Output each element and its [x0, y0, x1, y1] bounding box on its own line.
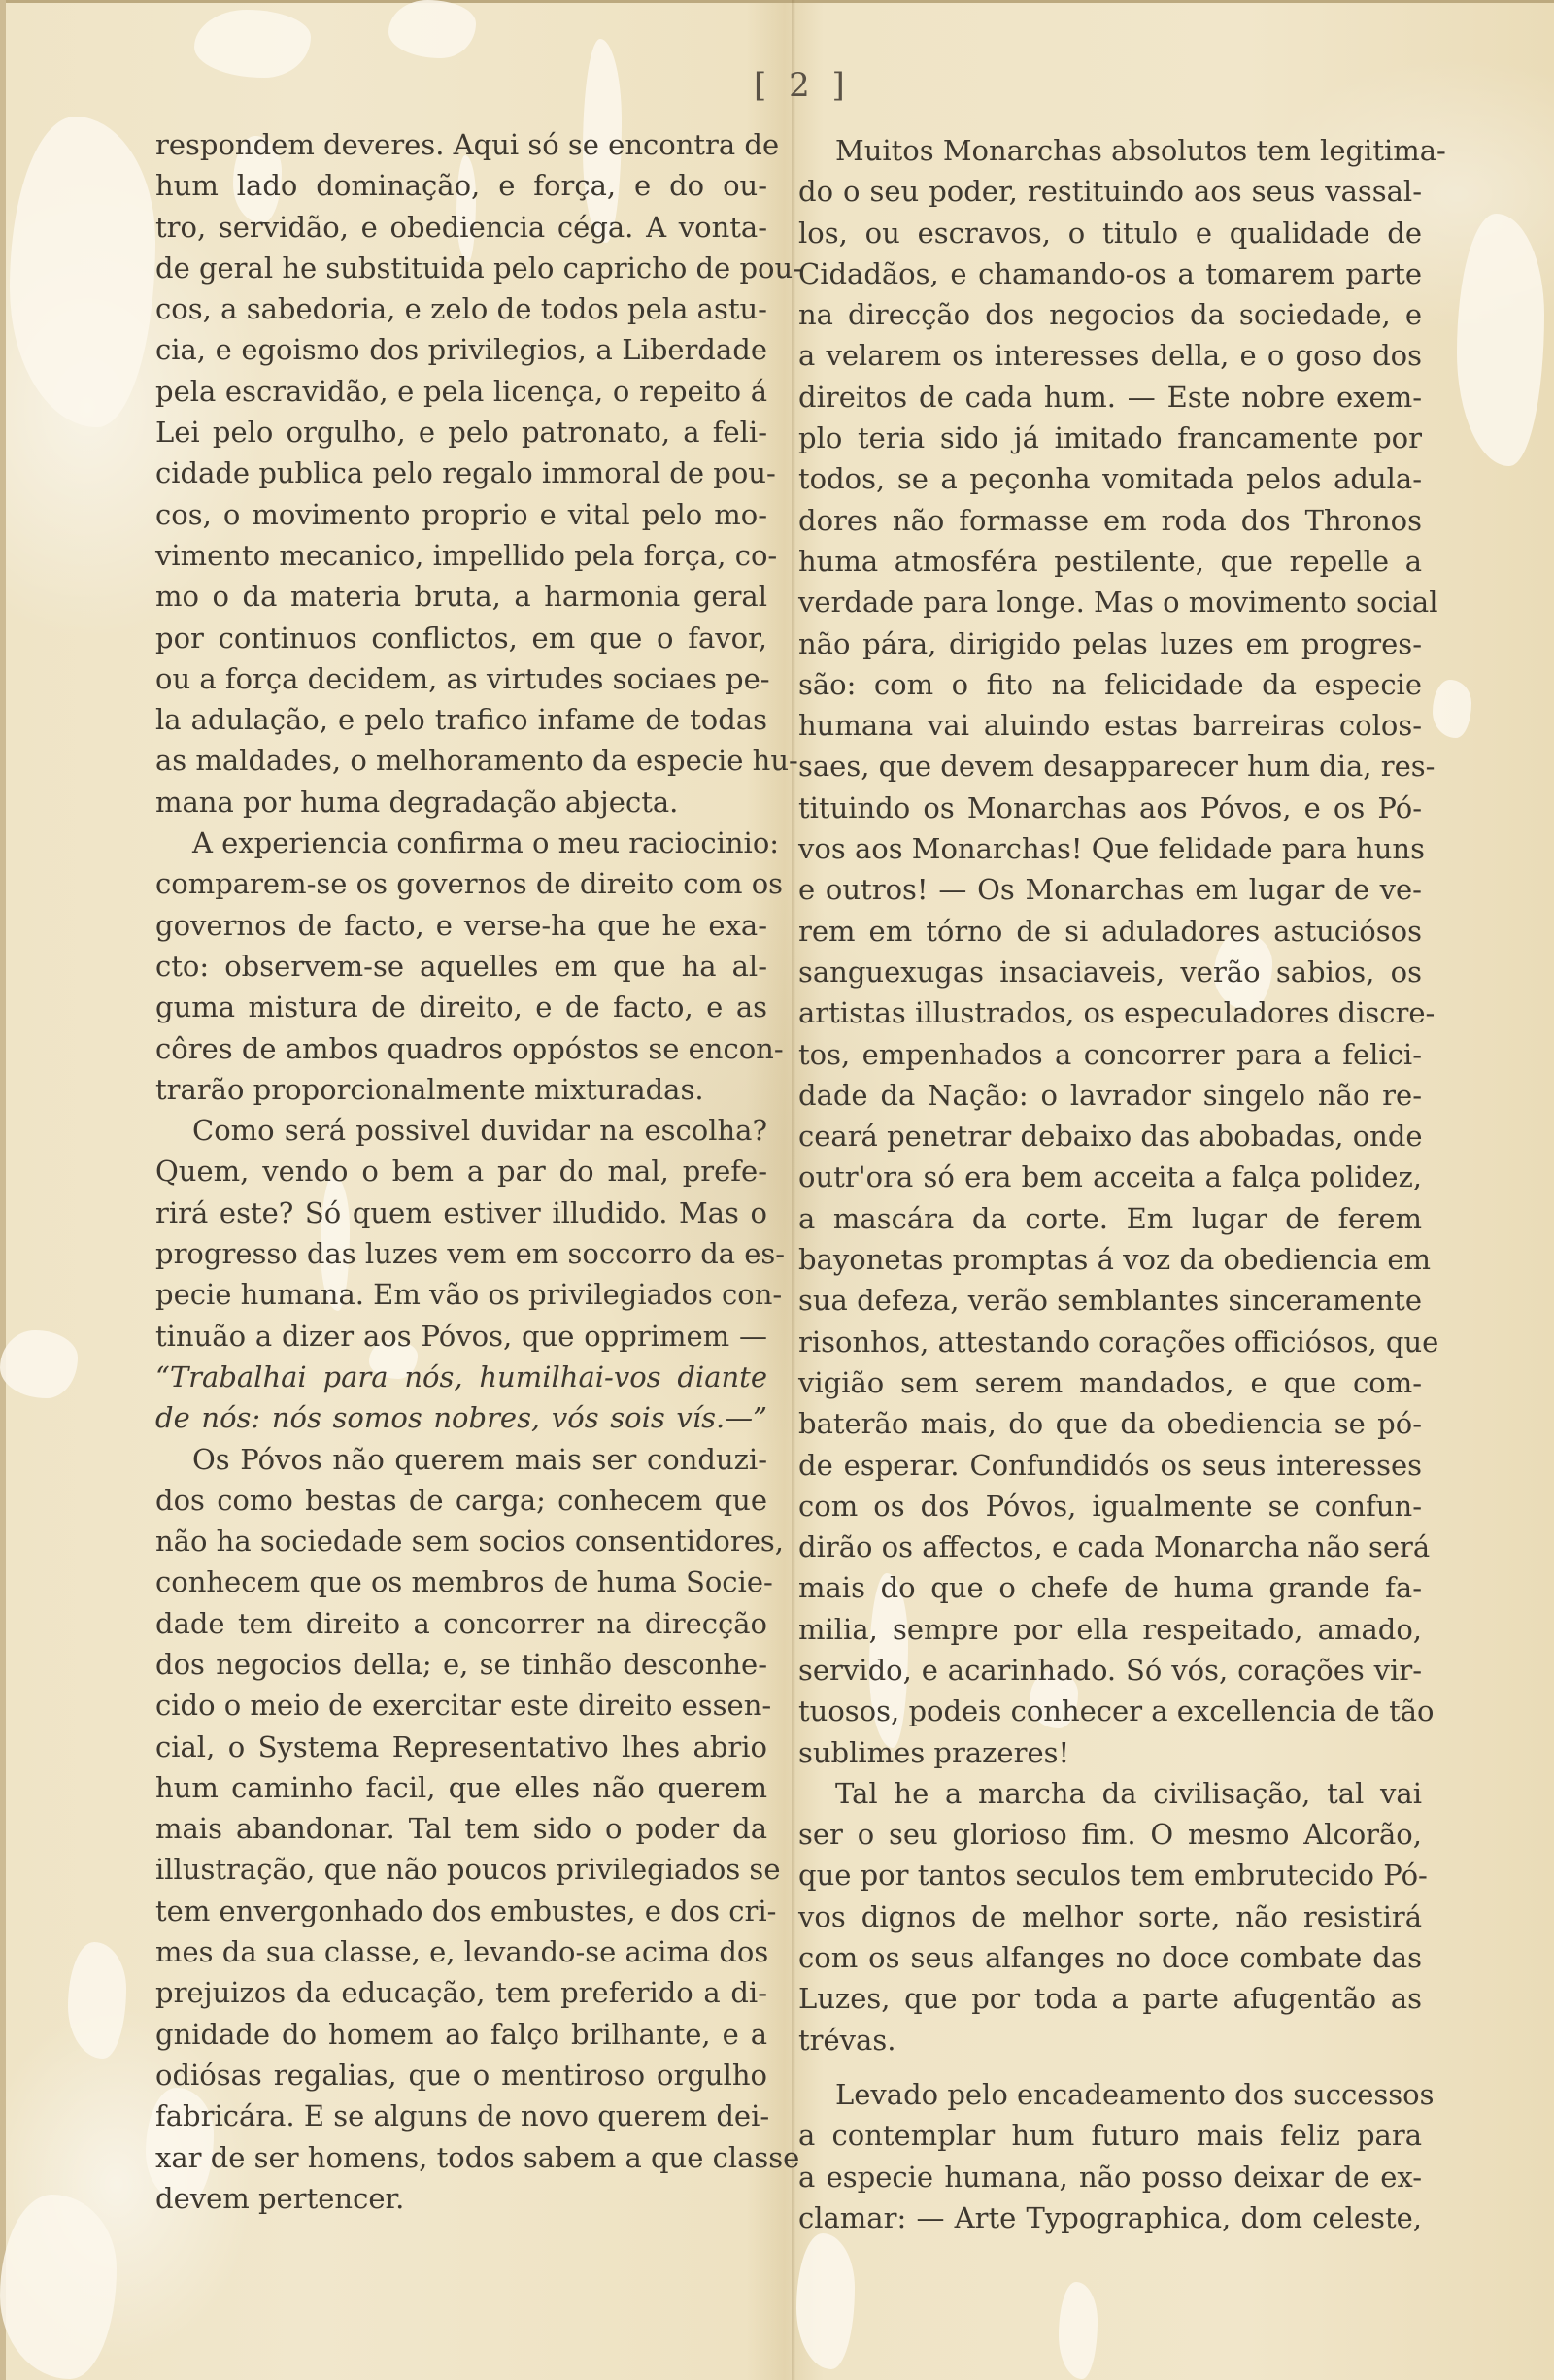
text-line: Cidadãos, e chamando-os a tomarem parte: [798, 253, 1422, 294]
text-line: Luzes, que por toda a parte afugentão as: [798, 1978, 1422, 2019]
text-line: sublimes prazeres!: [798, 1732, 1422, 1773]
text-line: a especie humana, não posso deixar de ex…: [798, 2157, 1422, 2197]
text-line: odiósas regalias, que o mentiroso orgulh…: [155, 2055, 767, 2095]
paper-damage-spot: [1059, 2282, 1098, 2379]
text-line: tuosos, podeis conhecer a excellencia de…: [798, 1691, 1422, 1731]
text-line: illustração, que não poucos privilegiado…: [155, 1849, 767, 1890]
text-line: ser o seu glorioso fim. O mesmo Alcorão,: [798, 1814, 1422, 1855]
text-line: todos, se a peçonha vomitada pelos adula…: [798, 458, 1422, 499]
text-line: cos, o movimento proprio e vital pelo mo…: [155, 494, 767, 535]
text-line: dade tem direito a concorrer na direcção: [155, 1603, 767, 1644]
text-line: que por tantos seculos tem embrutecido P…: [798, 1855, 1422, 1895]
text-line: comparem-se os governos de direito com o…: [155, 863, 767, 904]
text-line: pela escravidão, e pela licença, o repei…: [155, 371, 767, 412]
text-line: artistas illustrados, os especuladores d…: [798, 992, 1422, 1033]
page-left-edge: [0, 0, 6, 2380]
text-line: direitos de cada hum. — Este nobre exem-: [798, 377, 1422, 418]
text-line: bayonetas promptas á voz da obediencia e…: [798, 1239, 1422, 1280]
text-line: tem envergonhado dos embustes, e dos cri…: [155, 1891, 767, 1931]
text-line: trarão proporcionalmente mixturadas.: [155, 1069, 767, 1110]
text-line: humana vai aluindo estas barreiras colos…: [798, 705, 1422, 746]
paper-damage-spot: [0, 2195, 117, 2379]
text-line: xar de ser homens, todos sabem a que cla…: [155, 2137, 767, 2178]
text-line: pecie humana. Em vão os privilegiados co…: [155, 1274, 767, 1315]
text-line: com os seus alfanges no doce combate das: [798, 1937, 1422, 1978]
paper-damage-spot: [0, 1330, 78, 1398]
text-line: conhecem que os membros de huma Socie-: [155, 1561, 767, 1602]
text-line: mes da sua classe, e, levando-se acima d…: [155, 1931, 767, 1972]
right-text-column: Muitos Monarchas absolutos tem legitima-…: [798, 130, 1422, 2238]
text-line: tro, servidão, e obediencia céga. A vont…: [155, 207, 767, 248]
text-line: sua defeza, verão semblantes sincerament…: [798, 1280, 1422, 1321]
text-line: plo teria sido já imitado francamente po…: [798, 418, 1422, 458]
text-line: Levado pelo encadeamento dos successos: [798, 2074, 1422, 2115]
text-line: baterão mais, do que da obediencia se pó…: [798, 1403, 1422, 1444]
text-line: los, ou escravos, o titulo e qualidade d…: [798, 213, 1422, 253]
text-line: saes, que devem desapparecer hum dia, re…: [798, 746, 1422, 787]
text-line: cido o meio de exercitar este direito es…: [155, 1685, 767, 1726]
text-line: na direcção dos negocios da sociedade, e: [798, 294, 1422, 335]
text-line: Muitos Monarchas absolutos tem legitima-: [798, 130, 1422, 171]
text-line: tituindo os Monarchas aos Póvos, e os Pó…: [798, 788, 1422, 828]
text-line: respondem deveres. Aqui só se encontra d…: [155, 124, 767, 165]
text-line: risonhos, attestando corações officiósos…: [798, 1322, 1422, 1362]
paper-damage-spot: [68, 1942, 126, 2059]
text-line: servido, e acarinhado. Só vós, corações …: [798, 1650, 1422, 1691]
paper-damage-spot: [796, 2233, 855, 2369]
text-line: clamar: — Arte Typographica, dom celeste…: [798, 2197, 1422, 2238]
text-line: dos como bestas de carga; conhecem que: [155, 1480, 767, 1521]
paper-damage-spot: [1433, 680, 1471, 738]
text-line: de esperar. Confundidós os seus interess…: [798, 1445, 1422, 1486]
text-line: vigião sem serem mandados, e que com-: [798, 1362, 1422, 1403]
text-line: de nós: nós somos nobres, vós sois vís.—…: [155, 1397, 767, 1438]
paper-damage-spot: [388, 0, 476, 58]
page-number: [ 2 ]: [754, 66, 851, 105]
text-line: a velarem os interesses della, e o goso …: [798, 335, 1422, 376]
text-line: “Trabalhai para nós, humilhai-vos diante: [155, 1357, 767, 1397]
text-line: A experiencia confirma o meu raciocinio:: [155, 822, 767, 863]
text-line: não pára, dirigido pelas luzes em progre…: [798, 623, 1422, 664]
text-line: guma mistura de direito, e de facto, e a…: [155, 987, 767, 1027]
text-line: mais do que o chefe de huma grande fa-: [798, 1567, 1422, 1608]
text-line: com os dos Póvos, igualmente se confun-: [798, 1486, 1422, 1526]
center-fold-crease: [792, 0, 795, 2380]
text-line: trévas.: [798, 2020, 1422, 2061]
text-line: ceará penetrar debaixo das abobadas, ond…: [798, 1116, 1422, 1156]
text-line: sanguexugas insaciaveis, verão sabios, o…: [798, 952, 1422, 992]
text-line: huma atmosféra pestilente, que repelle a: [798, 541, 1422, 582]
text-line: dores não formasse em roda dos Thronos: [798, 500, 1422, 541]
text-line: rem em tórno de si aduladores astuciósos: [798, 911, 1422, 952]
text-line: côres de ambos quadros oppóstos se encon…: [155, 1028, 767, 1069]
text-line: progresso das luzes vem em soccorro da e…: [155, 1233, 767, 1274]
text-line: são: com o fito na felicidade da especie: [798, 664, 1422, 705]
text-line: e outros! — Os Monarchas em lugar de ve-: [798, 869, 1422, 910]
text-line: hum caminho facil, que elles não querem: [155, 1767, 767, 1808]
text-line: vimento mecanico, impellido pela força, …: [155, 535, 767, 576]
text-line: rirá este? Só quem estiver illudido. Mas…: [155, 1192, 767, 1233]
text-line: vos dignos de melhor sorte, não resistir…: [798, 1896, 1422, 1937]
text-line: hum lado dominação, e força, e do ou-: [155, 165, 767, 206]
text-line: ou a força decidem, as virtudes sociaes …: [155, 658, 767, 699]
text-line: de geral he substituida pelo capricho de…: [155, 248, 767, 288]
text-line: gnidade do homem ao falço brilhante, e a: [155, 2014, 767, 2055]
text-line: verdade para longe. Mas o movimento soci…: [798, 582, 1422, 622]
text-line: cto: observem-se aquelles em que ha al-: [155, 946, 767, 987]
text-line: cos, a sabedoria, e zelo de todos pela a…: [155, 288, 767, 329]
text-line: por continuos conflictos, em que o favor…: [155, 618, 767, 658]
text-line: la adulação, e pelo trafico infame de to…: [155, 699, 767, 740]
text-line: cia, e egoismo dos privilegios, a Liberd…: [155, 329, 767, 370]
text-line: devem pertencer.: [155, 2178, 767, 2219]
left-text-column: respondem deveres. Aqui só se encontra d…: [155, 124, 767, 2219]
text-line: Tal he a marcha da civilisação, tal vai: [798, 1773, 1422, 1814]
text-line: mo o da materia bruta, a harmonia geral: [155, 576, 767, 617]
text-line: governos de facto, e verse-ha que he exa…: [155, 905, 767, 946]
text-line: Como será possivel duvidar na escolha?: [155, 1110, 767, 1151]
text-line: a mascára da corte. Em lugar de ferem: [798, 1198, 1422, 1239]
text-line: não ha sociedade sem socios consentidore…: [155, 1521, 767, 1561]
paper-damage-spot: [194, 10, 311, 78]
text-line: cidade publica pelo regalo immoral de po…: [155, 453, 767, 493]
paper-damage-spot: [10, 117, 155, 427]
text-line: dade da Nação: o lavrador singelo não re…: [798, 1075, 1422, 1116]
paper-damage-spot: [1457, 214, 1544, 466]
page-top-edge: [0, 0, 1554, 3]
text-line: cial, o Systema Representativo lhes abri…: [155, 1726, 767, 1767]
text-line: vos aos Monarchas! Que felidade para hun…: [798, 828, 1422, 869]
text-line: tinuão a dizer aos Póvos, que opprimem —: [155, 1316, 767, 1357]
text-line: prejuizos da educação, tem preferido a d…: [155, 1972, 767, 2013]
text-line: mana por huma degradação abjecta.: [155, 782, 767, 822]
text-line: dos negocios della; e, se tinhão desconh…: [155, 1644, 767, 1685]
text-line: Lei pelo orgulho, e pelo patronato, a fe…: [155, 412, 767, 453]
text-line: as maldades, o melhoramento da especie h…: [155, 740, 767, 781]
text-line: do o seu poder, restituindo aos seus vas…: [798, 171, 1422, 212]
text-line: milia, sempre por ella respeitado, amado…: [798, 1609, 1422, 1650]
text-line: a contemplar hum futuro mais feliz para: [798, 2115, 1422, 2156]
text-line: Os Póvos não querem mais ser conduzi-: [155, 1439, 767, 1480]
text-line: Quem, vendo o bem a par do mal, prefe-: [155, 1151, 767, 1191]
text-line: tos, empenhados a concorrer para a felic…: [798, 1034, 1422, 1075]
text-line: dirão os affectos, e cada Monarcha não s…: [798, 1526, 1422, 1567]
text-line: mais abandonar. Tal tem sido o poder da: [155, 1808, 767, 1849]
text-line: outr'ora só era bem acceita a falça poli…: [798, 1156, 1422, 1197]
text-line: fabricára. E se alguns de novo querem de…: [155, 2095, 767, 2136]
